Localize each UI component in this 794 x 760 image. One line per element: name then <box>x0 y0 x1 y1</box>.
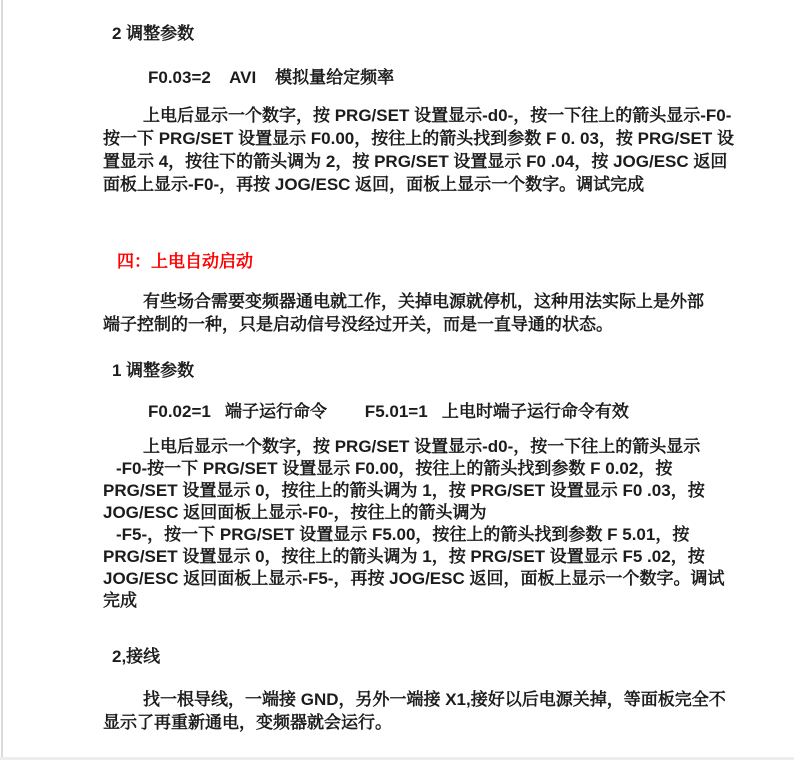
paragraph-intro-section4: 有些场合需要变频器通电就工作，关掉电源就停机，这种用法实际上是外部 端子控制的一… <box>103 290 704 336</box>
paragraph-line: PRG/SET 设置显示 0，按往上的箭头调为 1，按 PRG/SET 设置显示… <box>103 546 725 568</box>
paragraph-line: 完成 <box>103 590 725 612</box>
heading-adjust-params-2: 2 调整参数 <box>112 22 194 45</box>
paragraph-line: 找一根导线，一端接 GND，另外一端接 X1,接好以后电源关掉，等面板完全不 <box>103 688 726 711</box>
heading-text: 1 调整参数 <box>112 359 194 382</box>
paragraph-line: JOG/ESC 返回面板上显示-F5-，再按 JOG/ESC 返回，面板上显示一… <box>103 568 725 590</box>
paragraph-line: 面板上显示-F0-，再按 JOG/ESC 返回，面板上显示一个数字。调试完成 <box>103 173 734 196</box>
paragraph-line: -F5-，按一下 PRG/SET 设置显示 F5.00，按往上的箭头找到参数 F… <box>103 524 725 546</box>
paragraph-line: 按一下 PRG/SET 设置显示 F0.00，按往上的箭头找到参数 F 0. 0… <box>103 127 734 150</box>
paragraph-line: 端子控制的一种，只是启动信号没经过开关，而是一直导通的状态。 <box>103 313 704 336</box>
paragraph-line: 置显示 4，按往下的箭头调为 2，按 PRG/SET 设置显示 F0 .04，按… <box>103 150 734 173</box>
paragraph-line: 有些场合需要变频器通电就工作，关掉电源就停机，这种用法实际上是外部 <box>103 290 704 313</box>
paragraph-wiring: 找一根导线，一端接 GND，另外一端接 X1,接好以后电源关掉，等面板完全不 显… <box>103 688 726 734</box>
param-text: F0.03=2 AVI 模拟量给定频率 <box>148 63 394 88</box>
heading-section4-power-on-autostart: 四：上电自动启动 <box>117 250 253 273</box>
paragraph-line: 上电后显示一个数字，按 PRG/SET 设置显示-d0-，按一下往上的箭头显示-… <box>103 104 734 127</box>
param-text: F0.02=1 端子运行命令 F5.01=1 上电时端子运行命令有效 <box>148 397 629 422</box>
heading-text: 2 调整参数 <box>112 22 194 45</box>
paragraph-line: 显示了再重新通电，变频器就会运行。 <box>103 711 726 734</box>
paragraph-line: -F0-按一下 PRG/SET 设置显示 F0.00，按往上的箭头找到参数 F … <box>103 458 725 480</box>
paragraph-line: 上电后显示一个数字，按 PRG/SET 设置显示-d0-，按一下往上的箭头显示 <box>103 436 725 458</box>
heading-text: 2,接线 <box>112 645 160 668</box>
heading-wiring: 2,接线 <box>112 645 160 668</box>
param-line-f002-f501: F0.02=1 端子运行命令 F5.01=1 上电时端子运行命令有效 <box>148 397 629 422</box>
heading-text: 四：上电自动启动 <box>117 250 253 273</box>
document-page: 2 调整参数 F0.03=2 AVI 模拟量给定频率 上电后显示一个数字，按 P… <box>0 0 794 760</box>
param-line-f003: F0.03=2 AVI 模拟量给定频率 <box>148 63 394 88</box>
document-content: 2 调整参数 F0.03=2 AVI 模拟量给定频率 上电后显示一个数字，按 P… <box>103 0 703 760</box>
paragraph-steps-f002-f501: 上电后显示一个数字，按 PRG/SET 设置显示-d0-，按一下往上的箭头显示 … <box>103 436 725 612</box>
paragraph-steps-f003: 上电后显示一个数字，按 PRG/SET 设置显示-d0-，按一下往上的箭头显示-… <box>103 104 734 196</box>
page-left-edge-line <box>1 0 3 760</box>
heading-adjust-params-1: 1 调整参数 <box>112 359 194 382</box>
paragraph-line: JOG/ESC 返回面板上显示-F0-，按往上的箭头调为 <box>103 502 725 524</box>
paragraph-line: PRG/SET 设置显示 0，按往上的箭头调为 1，按 PRG/SET 设置显示… <box>103 480 725 502</box>
